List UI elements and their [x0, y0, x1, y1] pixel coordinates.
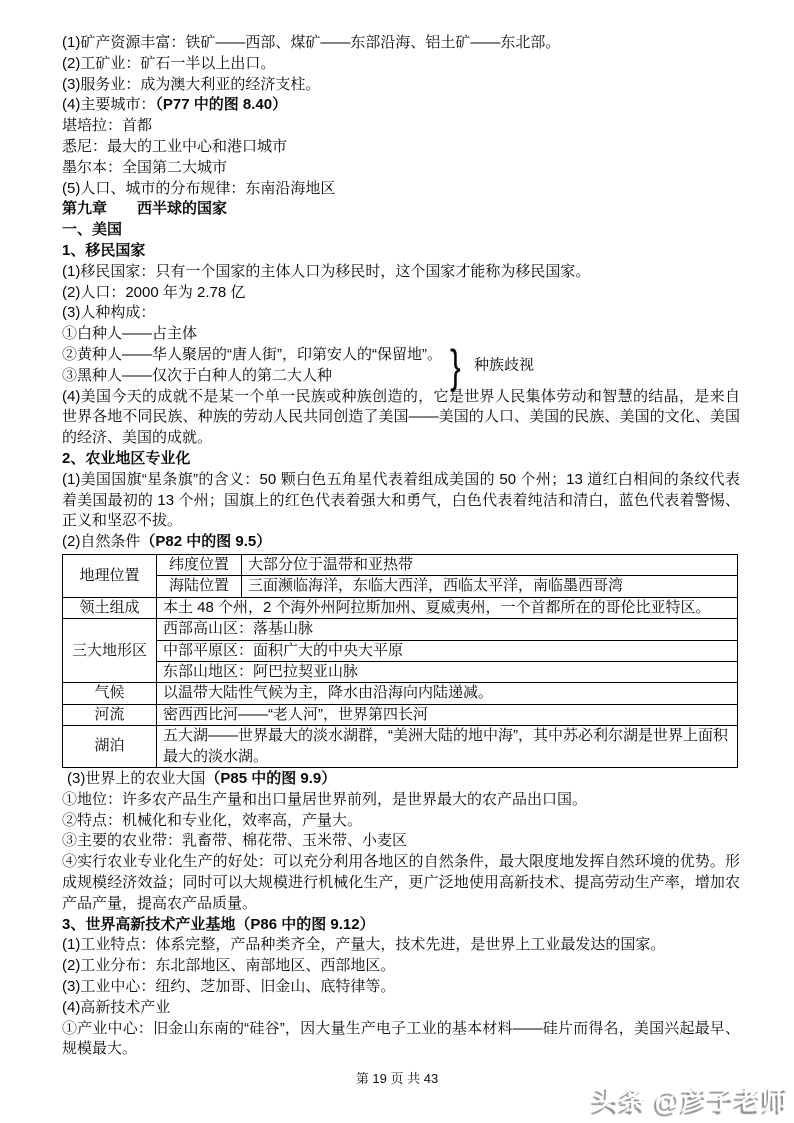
line-agri-belts: ③主要的农业带：乳畜带、棉花带、玉米带、小麦区: [62, 831, 740, 852]
line-sydney: 悉尼：最大的工业中心和港口城市: [62, 137, 740, 158]
cell-west-mountains: 西部高山区：落基山脉: [157, 619, 738, 640]
row-header-climate: 气候: [63, 683, 157, 704]
line-hightech-label: (4)高新技术产业: [62, 998, 740, 1019]
line-race-black: ③黑种人——仅次于白种人的第二大人种: [62, 366, 740, 387]
cell-sealand-value: 三面濒临海洋，东临大西洋，西临太平洋，南临墨西哥湾: [242, 576, 738, 597]
row-header-location: 地理位置: [63, 554, 157, 597]
cell-territory-value: 本土 48 个州，2 个海外州阿拉斯加州、夏威夷州，一个首都所在的哥伦比亚特区。: [157, 597, 738, 618]
section-usa-heading: 一、美国: [62, 220, 740, 241]
line-service: (3)服务业：成为澳大利亚的经济支柱。: [62, 75, 740, 96]
cell-sealand-label: 海陆位置: [157, 576, 242, 597]
cell-latitude-label: 纬度位置: [157, 554, 242, 575]
table-row: 湖泊 五大湖——世界最大的淡水湖群，“美洲大陆的地中海”，其中苏必利尔湖是世界上…: [63, 726, 738, 768]
line-immigration-definition: (1)移民国家：只有一个国家的主体人口为移民时，这个国家才能称为移民国家。: [62, 262, 740, 283]
figure-ref-p85: （P85 中的图 9.9）: [205, 770, 336, 787]
main-cities-label: (4)主要城市：: [62, 96, 155, 113]
line-minerals: (1)矿产资源丰富：铁矿——西部、煤矿——东部沿海、铝土矿——东北部。: [62, 33, 740, 54]
line-population-distribution: (5)人口、城市的分布规律：东南沿海地区: [62, 179, 740, 200]
table-row: 海陆位置 三面濒临海洋，东临大西洋，西临太平洋，南临墨西哥湾: [63, 576, 738, 597]
cell-east-mountains: 东部山地区：阿巴拉契亚山脉: [157, 661, 738, 682]
line-agri-benefits: ④实行农业专业化生产的好处：可以充分利用各地区的自然条件，最大限度地发挥自然环境…: [62, 852, 740, 914]
cell-central-plains: 中部平原区：面积广大的中央大平原: [157, 640, 738, 661]
table-row: 东部山地区：阿巴拉契亚山脉: [63, 661, 738, 682]
figure-ref-p77: （P77 中的图 8.40）: [155, 96, 287, 113]
right-brace-icon: }: [450, 343, 461, 389]
table-row: 地理位置 纬度位置 大部分位于温带和亚热带: [63, 554, 738, 575]
line-main-cities: (4)主要城市：（P77 中的图 8.40）: [62, 95, 740, 116]
line-flag-meaning: (1)美国国旗“星条旗”的含义：50 颗白色五角星代表着组成美国的 50 个州；…: [62, 470, 740, 532]
chapter-title: 第九章 西半球的国家: [62, 199, 740, 220]
table-row: 气候 以温带大陆性气候为主，降水由沿海向内陆递减。: [63, 683, 738, 704]
line-industry-features: (1)工业特点：体系完整，产品种类齐全，产量大，技术先进，是世界上工业最发达的国…: [62, 935, 740, 956]
cell-rivers-value: 密西西比河——“老人河”，世界第四长河: [157, 704, 738, 725]
race-brace-group: ②黄种人——华人聚居的“唐人街”，印第安人的“保留地”。 ③黑种人——仅次于白种…: [62, 345, 740, 387]
line-mining: (2)工矿业：矿石一半以上出口。: [62, 54, 740, 75]
line-races-label: (3)人种构成：: [62, 303, 740, 324]
line-farming-nation: (3)世界上的农业大国（P85 中的图 9.9）: [62, 769, 740, 790]
natural-conditions-label: (2)自然条件: [62, 533, 140, 550]
table-row: 中部平原区：面积广大的中央大平原: [63, 640, 738, 661]
line-silicon-valley: ①产业中心：旧金山东南的“硅谷”，因大量生产电子工业的基本材料——硅片而得名，美…: [62, 1019, 740, 1061]
hightech-heading: 3、世界高新技术产业基地（P86 中的图 9.12）: [62, 915, 740, 936]
line-industry-distribution: (2)工业分布：东北部地区、南部地区、西部地区。: [62, 956, 740, 977]
line-melbourne: 墨尔本：全国第二大城市: [62, 158, 740, 179]
line-race-white: ①白种人——占主体: [62, 324, 740, 345]
line-race-yellow: ②黄种人——华人聚居的“唐人街”，印第安人的“保留地”。: [62, 345, 740, 366]
row-header-territory: 领土组成: [63, 597, 157, 618]
line-agri-status: ①地位：许多农产品生产量和出口量居世界前列，是世界最大的农产品出口国。: [62, 790, 740, 811]
cell-climate-value: 以温带大陆性气候为主，降水由沿海向内陆递减。: [157, 683, 738, 704]
agriculture-heading: 2、农业地区专业化: [62, 449, 740, 470]
row-header-lakes: 湖泊: [63, 726, 157, 768]
document-body: (1)矿产资源丰富：铁矿——西部、煤矿——东部沿海、铝土矿——东北部。 (2)工…: [62, 33, 740, 1060]
cell-lakes-value: 五大湖——世界最大的淡水湖群，“美洲大陆的地中海”，其中苏必利尔湖是世界上面积最…: [157, 726, 738, 768]
table-row: 河流 密西西比河——“老人河”，世界第四长河: [63, 704, 738, 725]
figure-ref-p82: （P82 中的图 9.5）: [140, 533, 271, 550]
cell-latitude-value: 大部分位于温带和亚热带: [242, 554, 738, 575]
line-canberra: 堪培拉：首都: [62, 116, 740, 137]
table-row: 三大地形区 西部高山区：落基山脉: [63, 619, 738, 640]
farming-nation-label: (3)世界上的农业大国: [67, 770, 205, 787]
line-agri-features: ②特点：机械化和专业化，效率高，产量大。: [62, 811, 740, 832]
line-industry-centers: (3)工业中心：纽约、芝加哥、旧金山、底特律等。: [62, 977, 740, 998]
natural-conditions-table: 地理位置 纬度位置 大部分位于温带和亚热带 海陆位置 三面濒临海洋，东临大西洋，…: [62, 554, 738, 768]
row-header-landforms: 三大地形区: [63, 619, 157, 683]
watermark: 头条 @彦子老师: [592, 1080, 789, 1117]
racial-discrimination-label: 种族歧视: [474, 355, 534, 376]
line-natural-conditions: (2)自然条件（P82 中的图 9.5）: [62, 532, 740, 553]
row-header-rivers: 河流: [63, 704, 157, 725]
line-usa-achievement: (4)美国今天的成就不是某一个单一民族或种族创造的，它是世界人民集体劳动和智慧的…: [62, 387, 740, 449]
table-row: 领土组成 本土 48 个州，2 个海外州阿拉斯加州、夏威夷州，一个首都所在的哥伦…: [63, 597, 738, 618]
immigration-heading: 1、移民国家: [62, 241, 740, 262]
line-usa-population: (2)人口：2000 年为 2.78 亿: [62, 283, 740, 304]
